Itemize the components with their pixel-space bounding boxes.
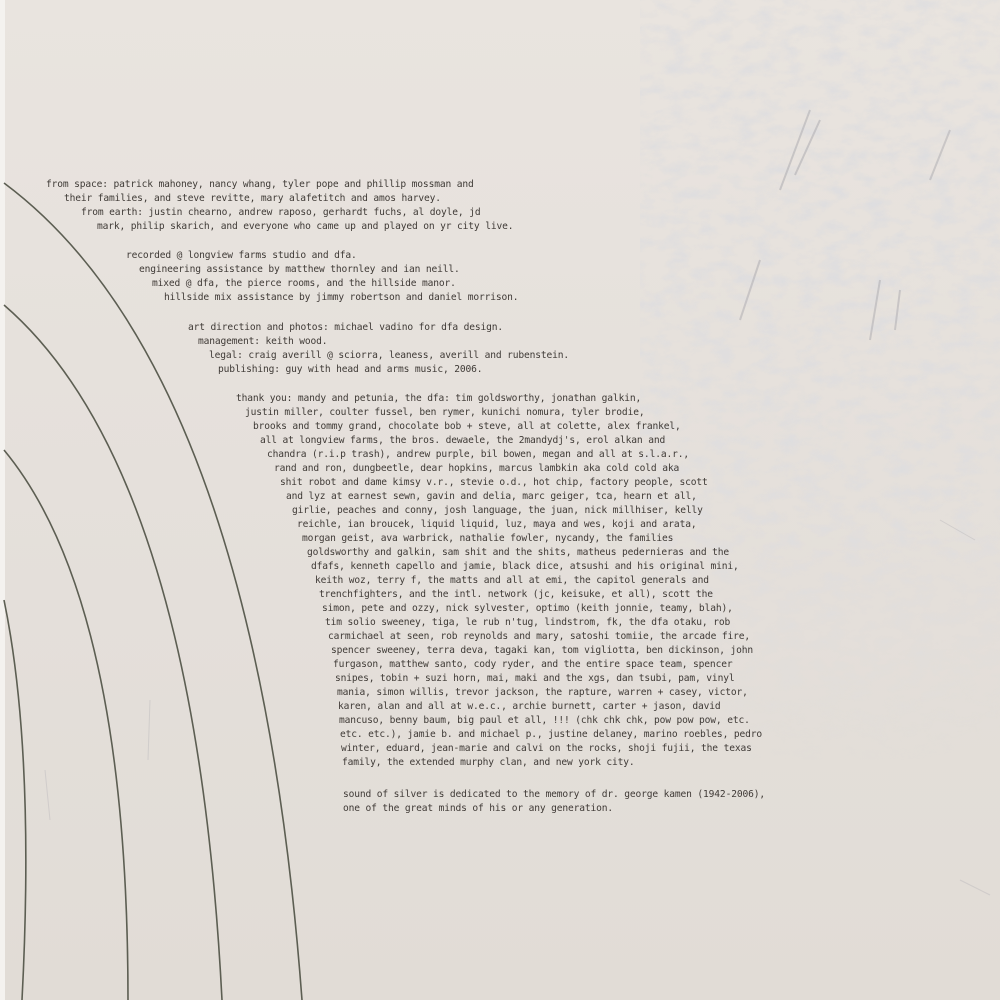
thank-you-line: mania, simon willis, trevor jackson, the… bbox=[337, 686, 748, 699]
thank-you-line: dfafs, kenneth capello and jamie, black … bbox=[311, 560, 739, 573]
credit-line: publishing: guy with head and arms music… bbox=[218, 363, 482, 376]
credit-line: mixed @ dfa, the pierce rooms, and the h… bbox=[152, 277, 456, 290]
credit-line: recorded @ longview farms studio and dfa… bbox=[126, 249, 357, 262]
thank-you-line: simon, pete and ozzy, nick sylvester, op… bbox=[322, 602, 733, 615]
thank-you-line: furgason, matthew santo, cody ryder, and… bbox=[333, 658, 732, 671]
credit-line: hillside mix assistance by jimmy roberts… bbox=[164, 291, 518, 304]
thank-you-line: family, the extended murphy clan, and ne… bbox=[342, 756, 635, 769]
thank-you-line: keith woz, terry f, the matts and all at… bbox=[315, 574, 709, 587]
thank-you-line: mancuso, benny baum, big paul et all, !!… bbox=[339, 714, 750, 727]
thank-you-line: karen, alan and all at w.e.c., archie bu… bbox=[338, 700, 721, 713]
credit-line: from earth: justin chearno, andrew rapos… bbox=[81, 206, 480, 219]
credits-text: from space: patrick mahoney, nancy whang… bbox=[0, 0, 1000, 1000]
credit-line: mark, philip skarich, and everyone who c… bbox=[97, 220, 513, 233]
thank-you-line: rand and ron, dungbeetle, dear hopkins, … bbox=[274, 462, 679, 475]
thank-you-line: etc. etc.), jamie b. and michael p., jus… bbox=[340, 728, 762, 741]
thank-you-line: girlie, peaches and conny, josh language… bbox=[292, 504, 703, 517]
thank-you-line: justin miller, coulter fussel, ben rymer… bbox=[245, 406, 644, 419]
credit-line: management: keith wood. bbox=[198, 335, 327, 348]
thank-you-line: goldsworthy and galkin, sam shit and the… bbox=[307, 546, 729, 559]
liner-notes-page: from space: patrick mahoney, nancy whang… bbox=[0, 0, 1000, 1000]
thank-you-line: shit robot and dame kimsy v.r., stevie o… bbox=[280, 476, 708, 489]
thank-you-line: winter, eduard, jean-marie and calvi on … bbox=[341, 742, 752, 755]
thank-you-line: chandra (r.i.p trash), andrew purple, bi… bbox=[267, 448, 689, 461]
thank-you-line: snipes, tobin + suzi horn, mai, maki and… bbox=[335, 672, 734, 685]
thank-you-line: brooks and tommy grand, chocolate bob + … bbox=[253, 420, 681, 433]
thank-you-line: all at longview farms, the bros. dewaele… bbox=[260, 434, 665, 447]
credit-line: art direction and photos: michael vadino… bbox=[188, 321, 503, 334]
thank-you-line: morgan geist, ava warbrick, nathalie fow… bbox=[302, 532, 673, 545]
dedication-line: one of the great minds of his or any gen… bbox=[343, 802, 613, 815]
credit-line: from space: patrick mahoney, nancy whang… bbox=[46, 178, 474, 191]
thank-you-line: reichle, ian broucek, liquid liquid, luz… bbox=[297, 518, 696, 531]
credit-line: their families, and steve revitte, mary … bbox=[64, 192, 441, 205]
thank-you-line: trenchfighters, and the intl. network (j… bbox=[319, 588, 713, 601]
thank-you-line: thank you: mandy and petunia, the dfa: t… bbox=[236, 392, 641, 405]
thank-you-line: tim solio sweeney, tiga, le rub n'tug, l… bbox=[325, 616, 730, 629]
thank-you-line: carmichael at seen, rob reynolds and mar… bbox=[328, 630, 750, 643]
credit-line: engineering assistance by matthew thornl… bbox=[139, 263, 460, 276]
credit-line: legal: craig averill @ sciorra, leaness,… bbox=[209, 349, 569, 362]
thank-you-line: spencer sweeney, terra deva, tagaki kan,… bbox=[331, 644, 753, 657]
thank-you-line: and lyz at earnest sewn, gavin and delia… bbox=[286, 490, 697, 503]
dedication-line: sound of silver is dedicated to the memo… bbox=[343, 788, 765, 801]
